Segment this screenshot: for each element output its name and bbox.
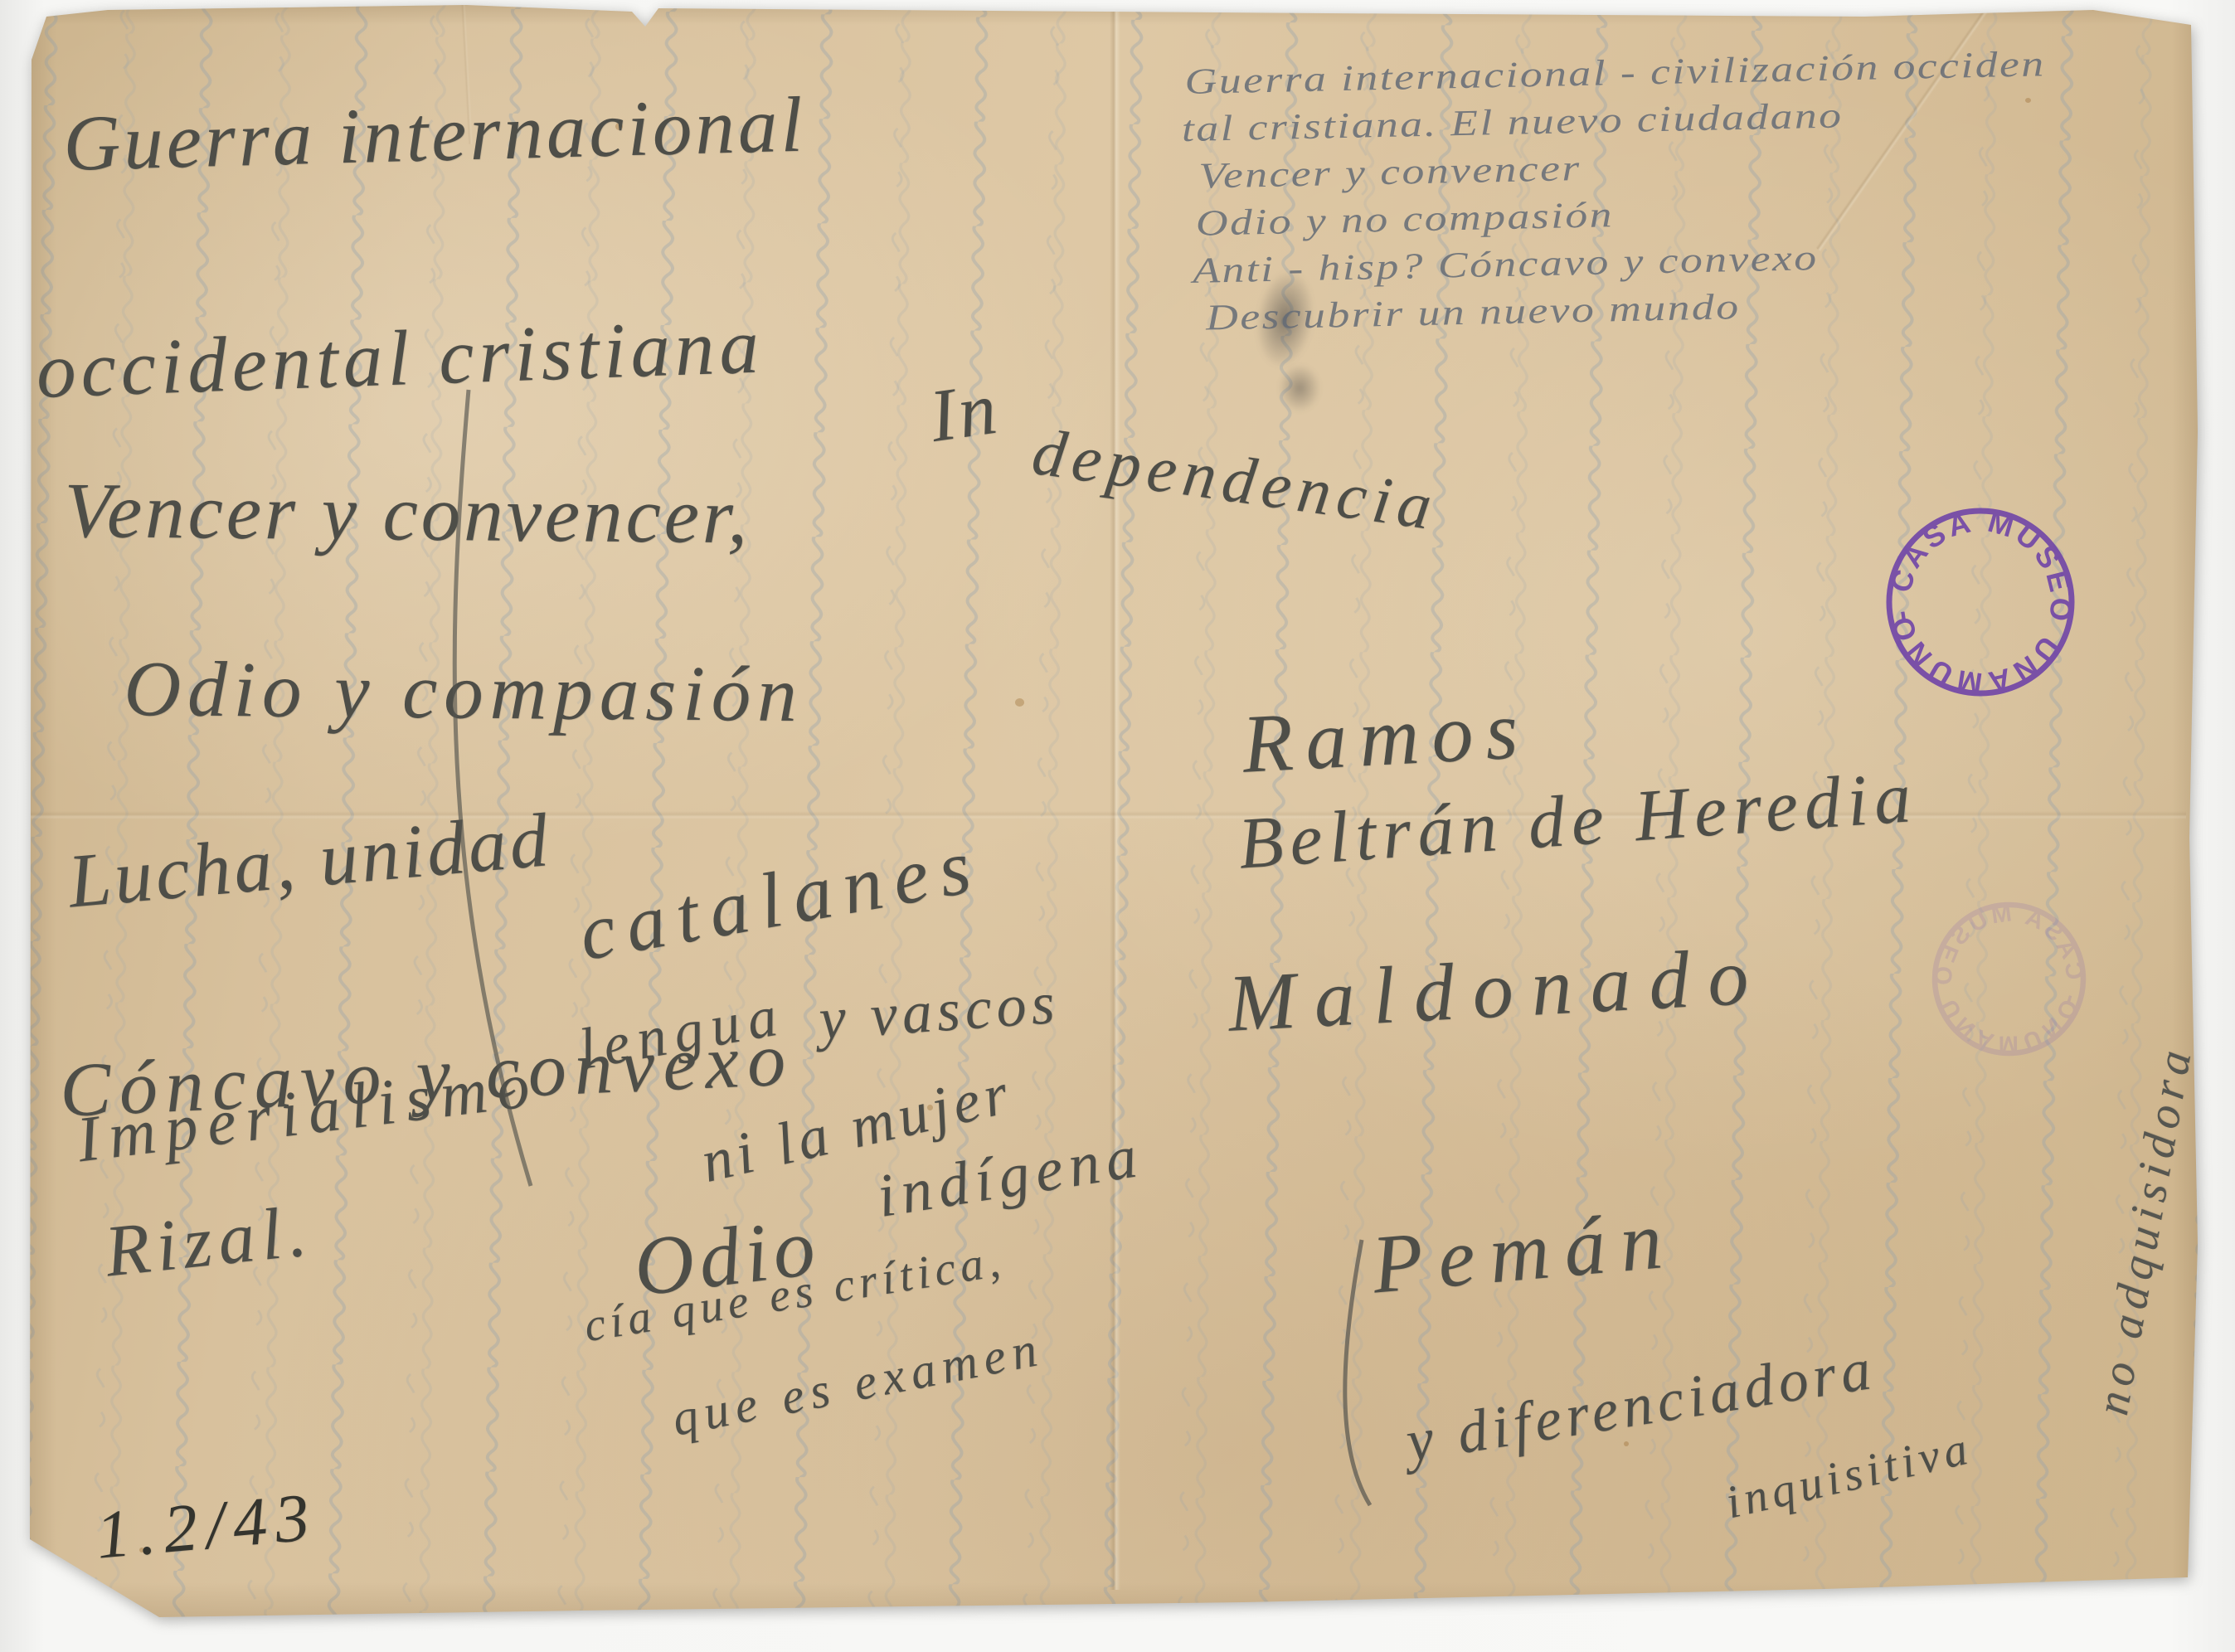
stamp-ghost-text: - CASA MUSEO UNAMUNO (1913, 883, 2106, 1076)
paper-edge-shading-right (2172, 0, 2202, 1652)
stamp-text: - CASA MUSEO UNAMUNO (1876, 498, 2085, 707)
graphite-smudge-small (1271, 355, 1329, 421)
paper-stain (1015, 698, 1024, 707)
paper-edge-shading-left (23, 0, 56, 1652)
museum-stamp-ghost: - CASA MUSEO UNAMUNO (1913, 883, 2106, 1076)
handwritten-phrase-y-vascos: y vascos (817, 969, 1062, 1054)
vertical-fold-crease (1110, 10, 1120, 1590)
handwritten-phrase-dependencia: dependencia (1028, 415, 1442, 547)
manuscript-paper-shadow: - CASA MUSEO UNAMUNO - CASA MUSEO UNAMUN… (0, 0, 2235, 1652)
museum-stamp: - CASA MUSEO UNAMUNO (1876, 498, 2085, 707)
handwritten-phrase-inquisitiva: inquisitiva (1721, 1421, 1977, 1529)
manuscript-paper: - CASA MUSEO UNAMUNO - CASA MUSEO UNAMUN… (0, 0, 2235, 1652)
handwritten-phrase-occidental: occidental cristiana (35, 299, 765, 416)
svg-text:- CASA MUSEO UNAMUNO: - CASA MUSEO UNAMUNO (1913, 883, 2106, 1076)
handwritten-margin-note: no adquisidora (2086, 1040, 2203, 1419)
handwritten-phrase-diferenciadora: y diferenciadora (1402, 1334, 1880, 1476)
scanned-manuscript-screenshot: { "stamp": { "text": "- CASA MUSEO UNAMU… (0, 0, 2235, 1652)
handwritten-date-code: 1.2/43 (93, 1478, 320, 1575)
handwritten-phrase-ramos: Ramos (1240, 682, 1533, 792)
handwritten-phrase-maldonado: Maldonado (1226, 930, 1769, 1051)
handwritten-phrase-in: In (925, 365, 1005, 459)
svg-text:- CASA MUSEO UNAMUNO: - CASA MUSEO UNAMUNO (1876, 498, 2085, 707)
speech-notes-summary-block: Guerra internacional - civilización occi… (1184, 40, 2051, 342)
handwritten-phrase-catalanes: catalanes (572, 819, 989, 979)
handwritten-phrase-que-es-examen: que es examen (668, 1319, 1048, 1447)
handwritten-phrase-peman: Pemán (1368, 1191, 1680, 1313)
handwritten-phrase-odio-compasion: Odio y compasión (124, 643, 804, 740)
handwritten-phrase-vencer: Vencer y convencer, (64, 464, 751, 561)
handwritten-phrase-guerra: Guerra internacional (62, 79, 807, 189)
handwritten-phrase-rizal: Rizal. (101, 1189, 317, 1295)
